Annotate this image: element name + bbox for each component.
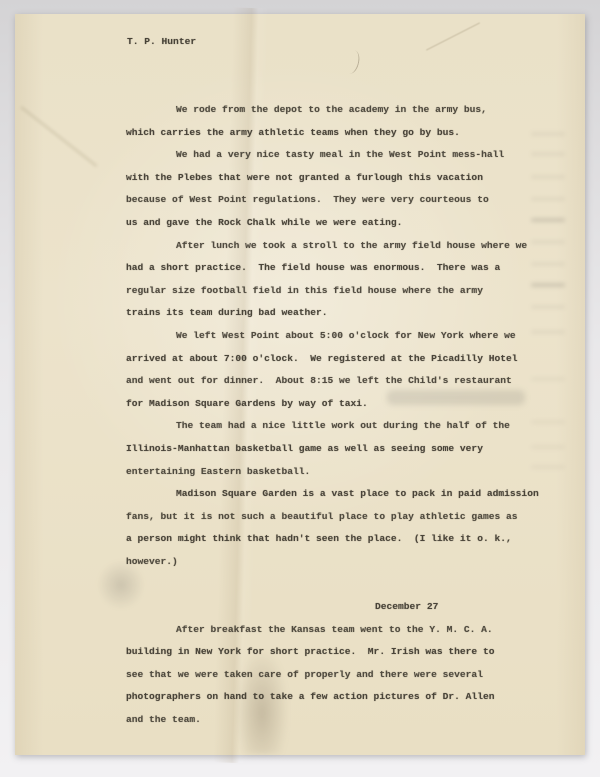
text-line: entertaining Eastern basketball. [126,461,562,484]
text-line: and the team. [126,709,562,732]
text-line: had a short practice. The field house wa… [126,257,562,280]
date-heading: December 27 [126,596,562,619]
text-line: and went out for dinner. About 8:15 we l… [126,370,562,393]
text-line: The team had a nice little work out duri… [126,415,562,438]
text-line: We left West Point about 5:00 o'clock fo… [126,325,562,348]
text-line: We had a very nice tasty meal in the Wes… [126,144,562,167]
text-line: After lunch we took a stroll to the army… [126,235,562,258]
text-line: arrived at about 7:00 o'clock. We regist… [126,348,562,371]
text-line: trains its team during bad weather. [126,302,562,325]
text-line: Madison Square Garden is a vast place to… [126,483,562,506]
text-line: for Madison Square Gardens by way of tax… [126,393,562,416]
text-line: with the Plebes that were not granted a … [126,167,562,190]
page-header-author: T. P. Hunter [127,35,196,49]
text-line: us and gave the Rock Chalk while we were… [126,212,562,235]
scratch-mark-arc [342,49,361,76]
text-line: We rode from the depot to the academy in… [126,99,562,122]
document-page: T. P. Hunter We rode from the depot to t… [15,14,585,755]
text-line: however.) [126,551,562,574]
scanner-background: T. P. Hunter We rode from the depot to t… [0,0,600,777]
document-body: We rode from the depot to the academy in… [126,99,562,732]
text-line: because of West Point regulations. They … [126,189,562,212]
text-line: fans, but it is not such a beautiful pla… [126,506,562,529]
text-line: building in New York for short practice.… [126,641,562,664]
scratch-mark-line [426,22,480,50]
text-line: which carries the army athletic teams wh… [126,122,562,145]
text-line: regular size football field in this fiel… [126,280,562,303]
text-line: After breakfast the Kansas team went to … [126,619,562,642]
text-line: see that we were taken care of properly … [126,664,562,687]
top-left-crease [20,106,97,167]
text-line: Illinois-Manhattan basketball game as we… [126,438,562,461]
text-line: a person might think that hadn't seen th… [126,528,562,551]
text-line: photographers on hand to take a few acti… [126,686,562,709]
